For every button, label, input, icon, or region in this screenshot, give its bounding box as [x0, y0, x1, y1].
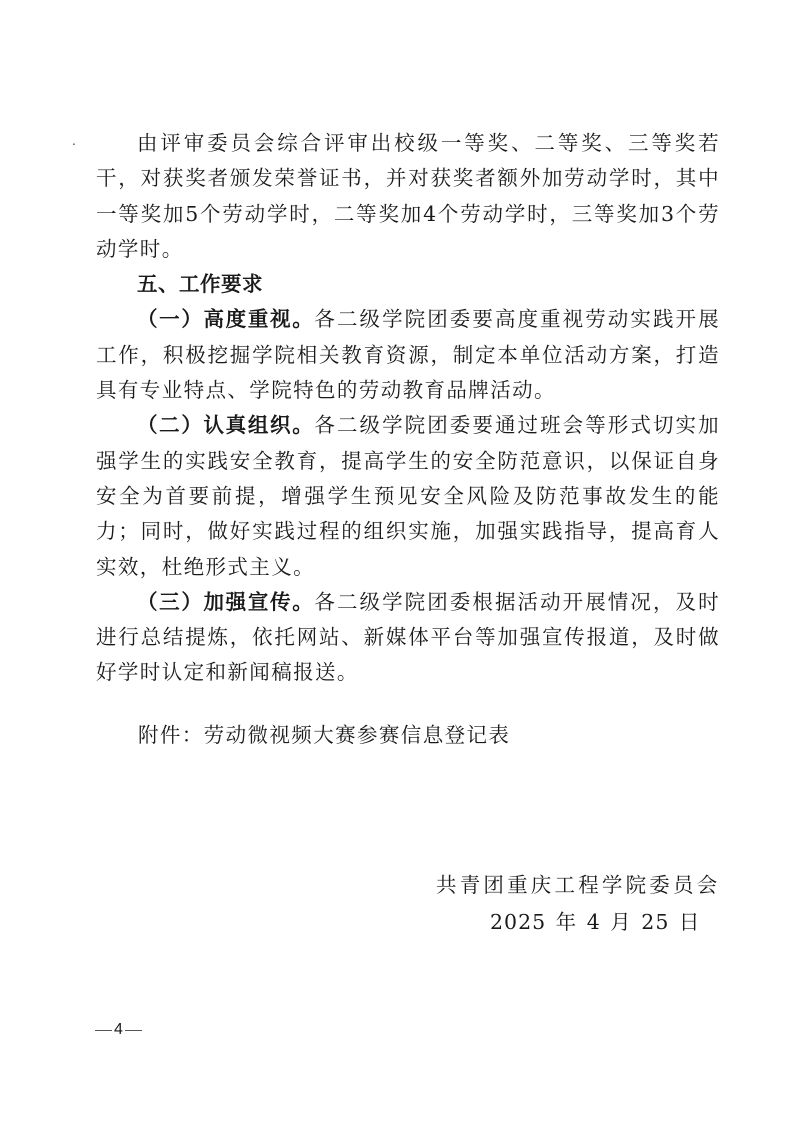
requirement-item-3-label: （三）加强宣传。 — [137, 590, 314, 614]
document-body: 由评审委员会综合评审出校级一等奖、二等奖、三等奖若干，对获奖者颁发荣誉证书，并对… — [96, 126, 720, 691]
signature-organization: 共青团重庆工程学院委员会 — [436, 868, 720, 898]
section-heading-work-requirements: 五、工作要求 — [96, 267, 720, 302]
award-paragraph: 由评审委员会综合评审出校级一等奖、二等奖、三等奖若干，对获奖者颁发荣誉证书，并对… — [96, 126, 720, 267]
requirement-item-2-label: （二）认真组织。 — [137, 413, 314, 437]
requirement-item-3: （三）加强宣传。各二级学院团委根据活动开展情况，及时进行总结提炼，依托网站、新媒… — [96, 585, 720, 691]
page-number-value: 4 — [114, 1021, 123, 1039]
stray-mark: . — [72, 134, 76, 148]
requirement-item-2-text: 各二级学院团委要通过班会等形式切实加强学生的实践安全教育，提高学生的安全防范意识… — [96, 413, 720, 578]
requirement-item-1: （一）高度重视。各二级学院团委要高度重视劳动实践开展工作，积极挖掘学院相关教育资… — [96, 302, 720, 408]
requirement-item-2: （二）认真组织。各二级学院团委要通过班会等形式切实加强学生的实践安全教育，提高学… — [96, 408, 720, 584]
requirement-item-1-label: （一）高度重视。 — [137, 307, 314, 331]
page-number-dash-left — [95, 1030, 112, 1031]
signature-date: 2025 年 4 月 25 日 — [490, 905, 700, 935]
document-page: . 由评审委员会综合评审出校级一等奖、二等奖、三等奖若干，对获奖者颁发荣誉证书，… — [0, 0, 794, 1122]
page-number: 4 — [95, 1021, 142, 1039]
attachment-note: 附件：劳动微视频大赛参赛信息登记表 — [138, 718, 510, 748]
page-number-dash-right — [125, 1030, 142, 1031]
